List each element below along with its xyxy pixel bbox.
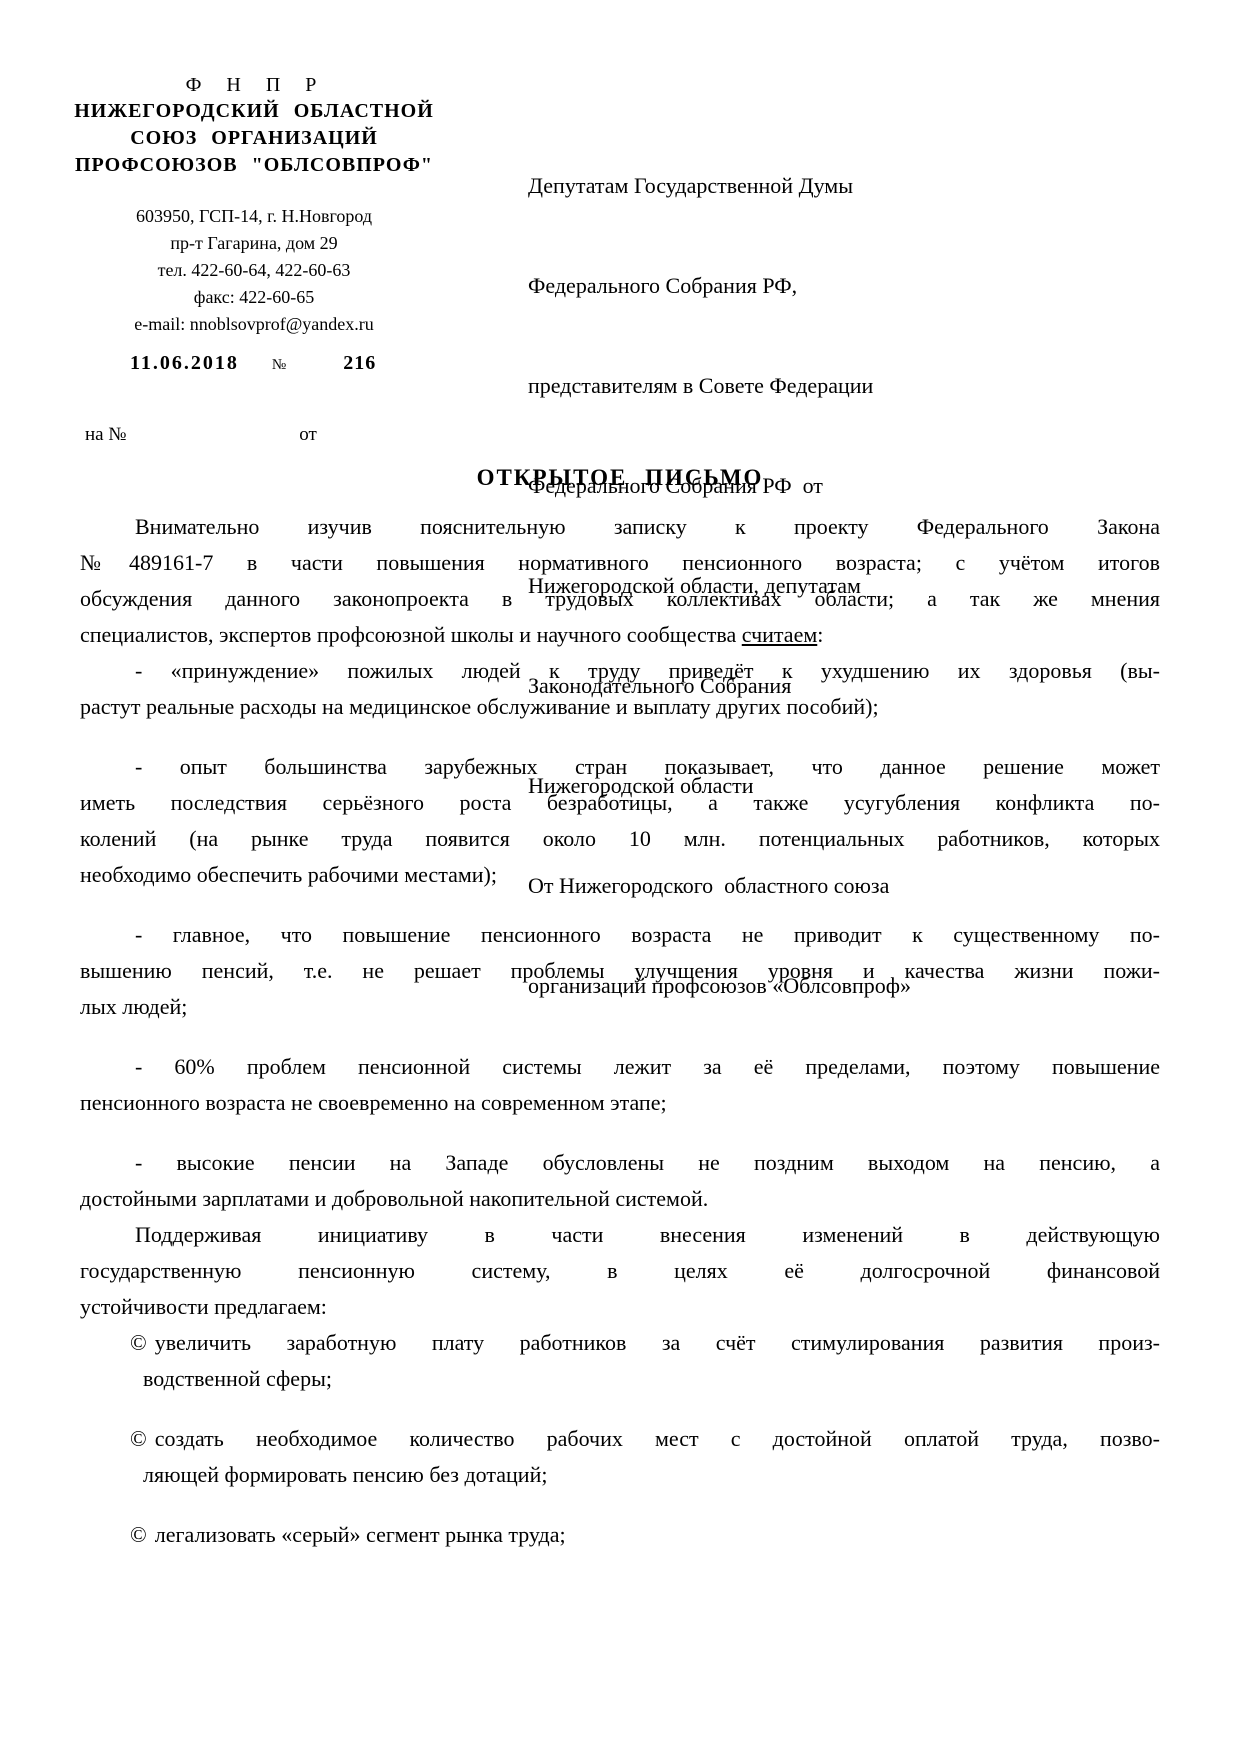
copyright-bullet-icon: © xyxy=(130,1517,147,1553)
org-name-line-1: НИЖЕГОРОДСКИЙ ОБЛАСТНОЙ xyxy=(62,98,446,125)
point-line: - высокие пенсии на Западе обусловлены н… xyxy=(80,1145,1160,1181)
recipient-line: представителям в Совете Федерации xyxy=(528,370,998,406)
org-acronym: Ф Н П Р xyxy=(62,72,446,98)
intro-line-last: специалистов, экспертов профсоюзной школ… xyxy=(80,617,1160,653)
bullet-item-line: ляющей формировать пенсию без дотаций; xyxy=(143,1457,1160,1493)
reference-row: на № от xyxy=(85,424,317,446)
point-line: - 60% проблем пенсионной системы лежит з… xyxy=(80,1049,1160,1085)
recipient-line: Федерального Собрания РФ, xyxy=(528,270,998,306)
point-line: растут реальные расходы на медицинское о… xyxy=(80,689,1160,725)
address-line-email: e-mail: nnoblsovprof@yandex.ru xyxy=(62,311,446,338)
bullet-item-line: ©увеличить заработную плату работников з… xyxy=(130,1325,1160,1361)
letter-title: ОТКРЫТОЕ ПИСЬМО xyxy=(80,460,1160,496)
bullet-item-line: ©легализовать «серый» сегмент рынка труд… xyxy=(130,1517,1160,1553)
point-line: - главное, что повышение пенсионного воз… xyxy=(80,917,1160,953)
intro-last-prefix: специалистов, экспертов профсоюзной школ… xyxy=(80,622,742,647)
proposal-line: устойчивости предлагаем: xyxy=(80,1289,1160,1325)
letter-date: 11.06.2018 xyxy=(130,352,239,374)
copyright-bullet-icon: © xyxy=(130,1421,147,1457)
date-number-row: 11.06.2018 № 216 xyxy=(130,352,376,375)
bullet-item-line: ©создать необходимое количество рабочих … xyxy=(130,1421,1160,1457)
number-sign: № xyxy=(272,357,286,373)
org-name-line-3: ПРОФСОЮЗОВ "ОБЛСОВПРОФ" xyxy=(62,152,446,179)
point-line: колений (на рынке труда появится около 1… xyxy=(80,821,1160,857)
bullet-text: увеличить заработную плату работников за… xyxy=(155,1330,1160,1355)
org-name-line-2: СОЮЗ ОРГАНИЗАЦИЙ xyxy=(62,125,446,152)
copyright-bullet-icon: © xyxy=(130,1325,147,1361)
address-line-fax: факс: 422-60-65 xyxy=(62,284,446,311)
letter-body: ОТКРЫТОЕ ПИСЬМО Внимательно изучив поясн… xyxy=(80,460,1160,1553)
intro-line: Внимательно изучив пояснительную записку… xyxy=(80,509,1160,545)
address-line-street: пр-т Гагарина, дом 29 xyxy=(62,230,446,257)
bullet-text: создать необходимое количество рабочих м… xyxy=(155,1426,1160,1451)
proposal-line: государственную пенсионную систему, в це… xyxy=(80,1253,1160,1289)
proposal-line: Поддерживая инициативу в части внесения … xyxy=(80,1217,1160,1253)
point-line: иметь последствия серьёзного роста безра… xyxy=(80,785,1160,821)
ref-label: на № xyxy=(85,424,126,445)
point-line: достойными зарплатами и добровольной нак… xyxy=(80,1181,1160,1217)
point-line: - опыт большинства зарубежных стран пока… xyxy=(80,749,1160,785)
intro-line: обсуждения данного законопроекта в трудо… xyxy=(80,581,1160,617)
intro-line: №489161-7 в части повышения нормативного… xyxy=(80,545,1160,581)
org-address-block: 603950, ГСП-14, г. Н.Новгород пр-т Гагар… xyxy=(62,203,446,338)
point-line: лых людей; xyxy=(80,989,1160,1025)
bullet-item-line: водственной сферы; xyxy=(143,1361,1160,1397)
point-line: - «принуждение» пожилых людей к труду пр… xyxy=(80,653,1160,689)
point-line: необходимо обеспечить рабочими местами); xyxy=(80,857,1160,893)
point-line: вышению пенсий, т.е. не решает проблемы … xyxy=(80,953,1160,989)
point-line: пенсионного возраста не своевременно на … xyxy=(80,1085,1160,1121)
intro-last-suffix: : xyxy=(817,622,823,647)
address-line-postal: 603950, ГСП-14, г. Н.Новгород xyxy=(62,203,446,230)
bullet-text: легализовать «серый» сегмент рынка труда… xyxy=(155,1522,566,1547)
ref-from-label: от xyxy=(299,424,317,445)
letterhead: Ф Н П Р НИЖЕГОРОДСКИЙ ОБЛАСТНОЙ СОЮЗ ОРГ… xyxy=(62,72,446,338)
underlined-word: считаем xyxy=(742,622,818,647)
recipient-line: Депутатам Государственной Думы xyxy=(528,170,998,206)
letter-page: Ф Н П Р НИЖЕГОРОДСКИЙ ОБЛАСТНОЙ СОЮЗ ОРГ… xyxy=(0,0,1241,1754)
letter-number: 216 xyxy=(343,352,376,374)
address-line-phone: тел. 422-60-64, 422-60-63 xyxy=(62,257,446,284)
